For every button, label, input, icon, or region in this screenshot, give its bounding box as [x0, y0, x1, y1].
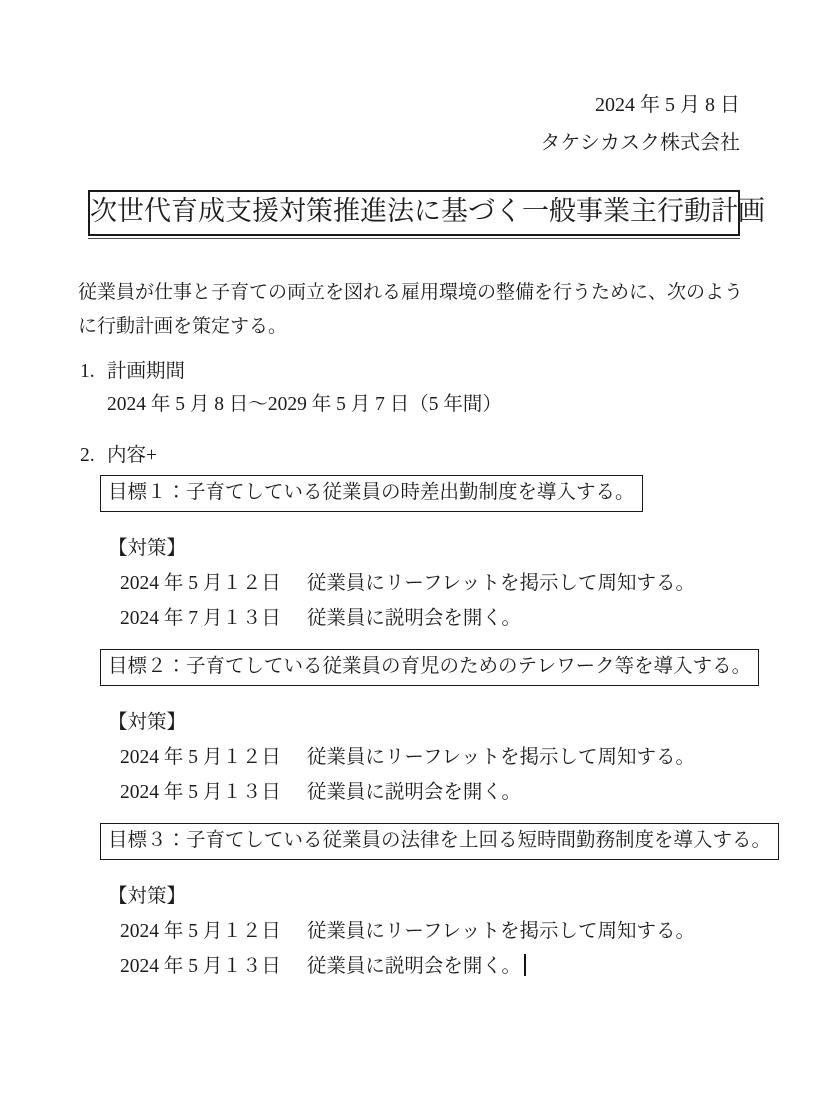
- measure-row: 2024 年 7 月１３日従業員に説明会を開く。: [120, 605, 827, 632]
- measure-text: 従業員にリーフレットを掲示して周知する。: [307, 921, 695, 942]
- intro-paragraph: 従業員が仕事と子育ての両立を図れる雇用環境の整備を行うために、次のように行動計画…: [78, 276, 755, 344]
- section-1-heading: 1.計画期間: [80, 358, 827, 385]
- section-2-title: 内容+: [107, 445, 157, 466]
- measure-text: 従業員に説明会を開く。: [307, 956, 521, 977]
- document-title: 次世代育成支援対策推進法に基づく一般事業主行動計画: [88, 190, 740, 236]
- measure-date: 2024 年 5 月１３日: [120, 779, 281, 806]
- text-cursor: [524, 954, 526, 976]
- measure-text: 従業員に説明会を開く。: [307, 608, 521, 629]
- document-header: 2024 年 5 月 8 日 タケシカスク株式会社: [0, 0, 827, 162]
- goal-3-box: 目標３：子育てしている従業員の法律を上回る短時間勤務制度を導入する。: [100, 823, 779, 860]
- measure-date: 2024 年 5 月１３日: [120, 953, 281, 980]
- measure-row: 2024 年 5 月１２日従業員にリーフレットを掲示して周知する。: [120, 570, 827, 597]
- measure-text: 従業員に説明会を開く。: [307, 782, 521, 803]
- measure-text: 従業員にリーフレットを掲示して周知する。: [307, 573, 695, 594]
- section-1-number: 1.: [80, 358, 107, 385]
- measure-row: 2024 年 5 月１３日従業員に説明会を開く。: [120, 953, 827, 980]
- section-2-heading: 2.内容+: [80, 442, 827, 469]
- measure-row: 2024 年 5 月１２日従業員にリーフレットを掲示して周知する。: [120, 918, 827, 945]
- company-name: タケシカスク株式会社: [0, 124, 740, 162]
- measure-date: 2024 年 5 月１２日: [120, 570, 281, 597]
- measure-date: 2024 年 5 月１２日: [120, 744, 281, 771]
- measure-row: 2024 年 5 月１３日従業員に説明会を開く。: [120, 779, 827, 806]
- measure-row: 2024 年 5 月１２日従業員にリーフレットを掲示して周知する。: [120, 744, 827, 771]
- plan-period: 2024 年 5 月 8 日～2029 年 5 月 7 日（5 年間）: [107, 391, 827, 418]
- measure-text: 従業員にリーフレットを掲示して周知する。: [307, 747, 695, 768]
- document-page[interactable]: 2024 年 5 月 8 日 タケシカスク株式会社 次世代育成支援対策推進法に基…: [0, 0, 827, 1094]
- goal-1-measures-label: 【対策】: [108, 535, 827, 562]
- goal-2-box: 目標２：子育てしている従業員の育児のためのテレワーク等を導入する。: [100, 649, 759, 686]
- section-1-title: 計画期間: [107, 361, 185, 382]
- goal-3-measures-label: 【対策】: [108, 883, 827, 910]
- goal-2-measures-label: 【対策】: [108, 709, 827, 736]
- document-date: 2024 年 5 月 8 日: [0, 86, 740, 124]
- measure-date: 2024 年 7 月１３日: [120, 605, 281, 632]
- measure-date: 2024 年 5 月１２日: [120, 918, 281, 945]
- section-2-number: 2.: [80, 442, 107, 469]
- goal-1-box: 目標１：子育てしている従業員の時差出勤制度を導入する。: [100, 475, 643, 512]
